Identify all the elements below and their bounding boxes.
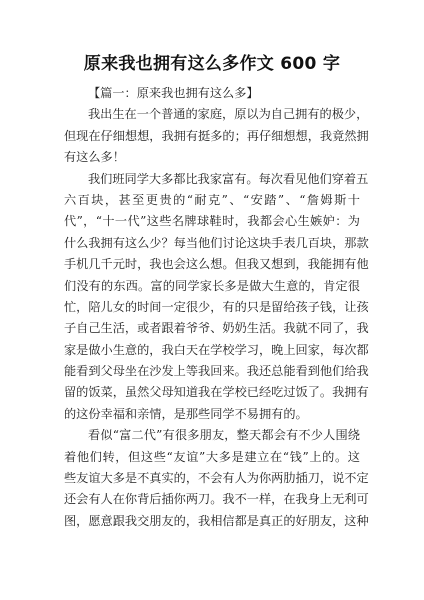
text-line: 六百块，甚至更贵的“耐克”、“安踏”、“詹姆斯十 bbox=[64, 190, 360, 211]
text-line: 留的饭菜，虽然父母知道我在学校已经吃过饭了。我拥有 bbox=[64, 382, 360, 403]
text-line: 些友谊大多是不真实的，不会有人为你两肋插刀，说不定 bbox=[64, 468, 360, 489]
text-line: 能看到父母坐在沙发上等我回来。我还总能看到他们给我 bbox=[64, 361, 360, 382]
text-line: 的这份幸福和亲情，是那些同学不易拥有的。 bbox=[64, 404, 360, 425]
text-line: 还会有人在你背后插你两刀。我不一样，在我身上无利可 bbox=[64, 489, 360, 510]
document-body: 【篇一：原来我也拥有这么多】 我出生在一个普通的家庭，原以为自己拥有的极少， 但… bbox=[64, 83, 360, 532]
text-line: 子自己生活，或者跟着爷爷、奶奶生活。我就不同了，我 bbox=[64, 318, 360, 339]
text-line: 图，愿意跟我交朋友的，我相信都是真正的好朋友，这种 bbox=[64, 511, 360, 532]
text-line: 我们班同学大多都比我家富有。每次看见他们穿着五 bbox=[64, 169, 360, 190]
text-line: 我出生在一个普通的家庭，原以为自己拥有的极少， bbox=[64, 104, 360, 125]
text-line: 手机几千元时，我也会这么想。但我又想到，我能拥有他 bbox=[64, 254, 360, 275]
text-line: 看似“富二代”有很多朋友，整天都会有不少人围绕 bbox=[64, 425, 360, 446]
text-line: 忙，陪儿女的时间一定很少，有的只是留给孩子钱，让孩 bbox=[64, 297, 360, 318]
text-line: 们没有的东西。富的同学家长多是做大生意的，肯定很 bbox=[64, 276, 360, 297]
text-line: 但现在仔细想想，我拥有挺多的；再仔细想想，我竟然拥 bbox=[64, 126, 360, 147]
text-line: 着他们转，但这些“友谊”大多是建立在“钱”上的。这 bbox=[64, 447, 360, 468]
text-line: 代”，“十一代”这些名牌球鞋时，我都会心生嫉妒：为 bbox=[64, 211, 360, 232]
paragraph-3: 看似“富二代”有很多朋友，整天都会有不少人围绕 着他们转，但这些“友谊”大多是建… bbox=[64, 425, 360, 532]
paragraph-2: 我们班同学大多都比我家富有。每次看见他们穿着五 六百块，甚至更贵的“耐克”、“安… bbox=[64, 169, 360, 426]
document-title: 原来我也拥有这么多作文 600 字 bbox=[0, 52, 424, 76]
document-page: 原来我也拥有这么多作文 600 字 【篇一：原来我也拥有这么多】 我出生在一个普… bbox=[0, 0, 424, 600]
section-heading: 【篇一：原来我也拥有这么多】 bbox=[88, 83, 360, 104]
text-line: 家是做小生意的，我白天在学校学习，晚上回家，每次都 bbox=[64, 340, 360, 361]
paragraph-1: 我出生在一个普通的家庭，原以为自己拥有的极少， 但现在仔细想想，我拥有挺多的；再… bbox=[64, 104, 360, 168]
text-line: 什么我拥有这么少？每当他们讨论这块手表几百块，那款 bbox=[64, 233, 360, 254]
text-line: 有这么多！ bbox=[64, 147, 360, 168]
